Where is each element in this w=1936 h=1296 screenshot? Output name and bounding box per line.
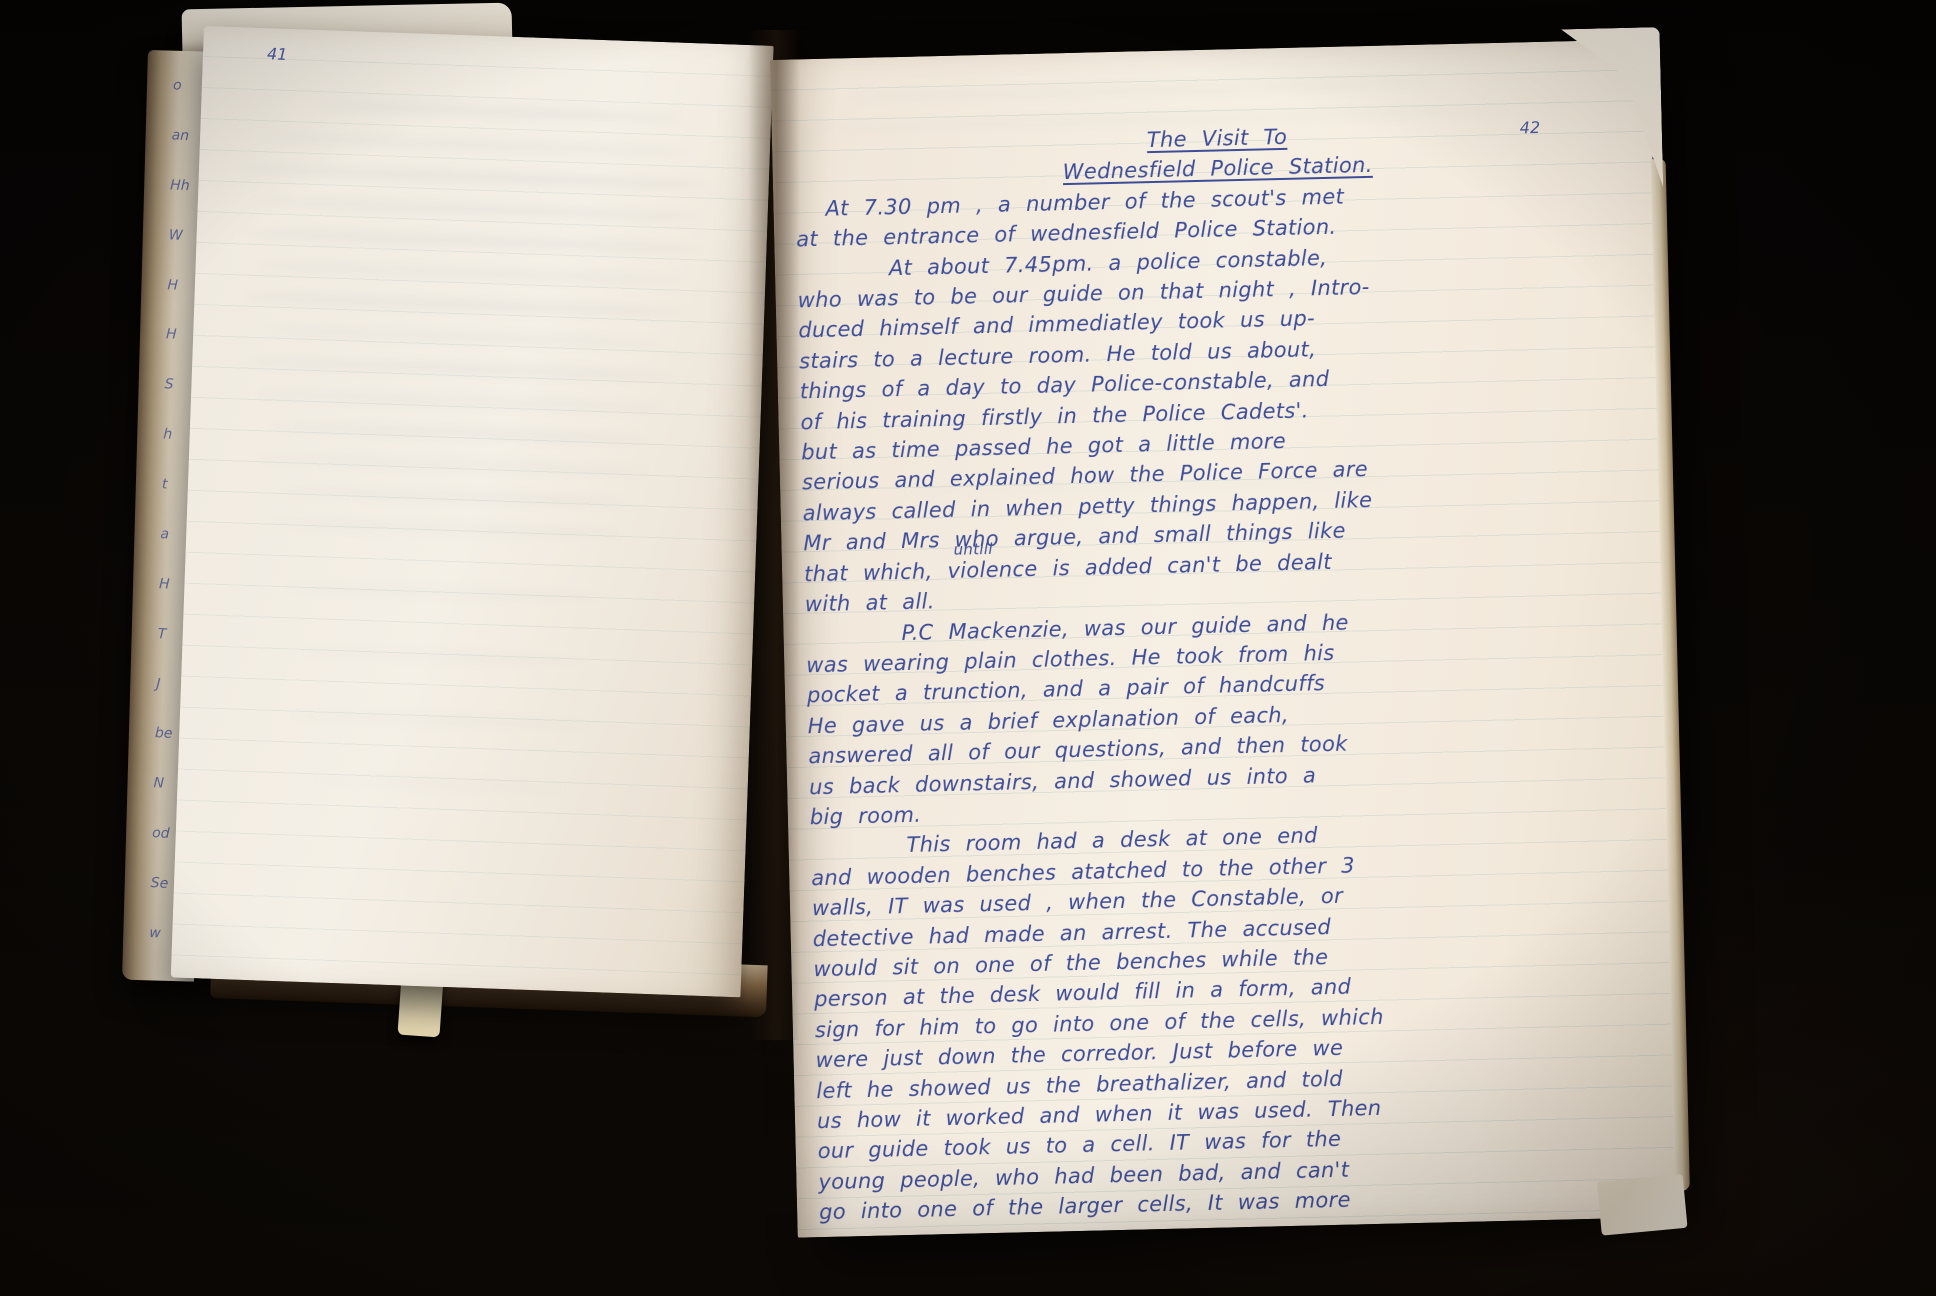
bleedthrough-smudge [259,452,649,477]
inserted-word-above-line: untill [953,542,993,558]
bleedthrough-smudge [256,388,666,413]
bleedthrough-smudge [267,516,627,540]
bleedthrough-smudge [290,709,590,730]
bleedthrough-smudge [255,260,685,286]
bleedthrough-smudge [242,227,702,254]
bleedthrough-smudge [278,485,628,508]
right-page: 42 The Visit To Wednesfield Police Stati… [770,39,1678,1237]
handwriting-lines: At 7.30 pm , a number of the scout's met… [795,174,1665,1227]
bleedthrough-smudge [270,421,650,445]
bleedthrough-smudge [253,196,703,223]
bleedthrough-smudge [321,100,681,124]
bleedthrough-smudge [284,581,604,603]
bleedthrough-smudge [239,163,709,190]
bleedthrough-smudge [244,292,684,318]
bleedthrough-smudge [263,324,663,349]
bleedthrough-smudge [302,646,582,667]
bleedthrough-smudge [308,774,568,794]
bleedthrough-smudge [247,356,677,382]
handwriting-text: The Visit To Wednesfield Police Station.… [794,114,1666,1228]
left-page-number: 41 [267,44,288,64]
bleedthrough-smudge [841,78,1441,102]
left-page: 41 [171,26,774,997]
bleedthrough-smudge [260,132,690,158]
